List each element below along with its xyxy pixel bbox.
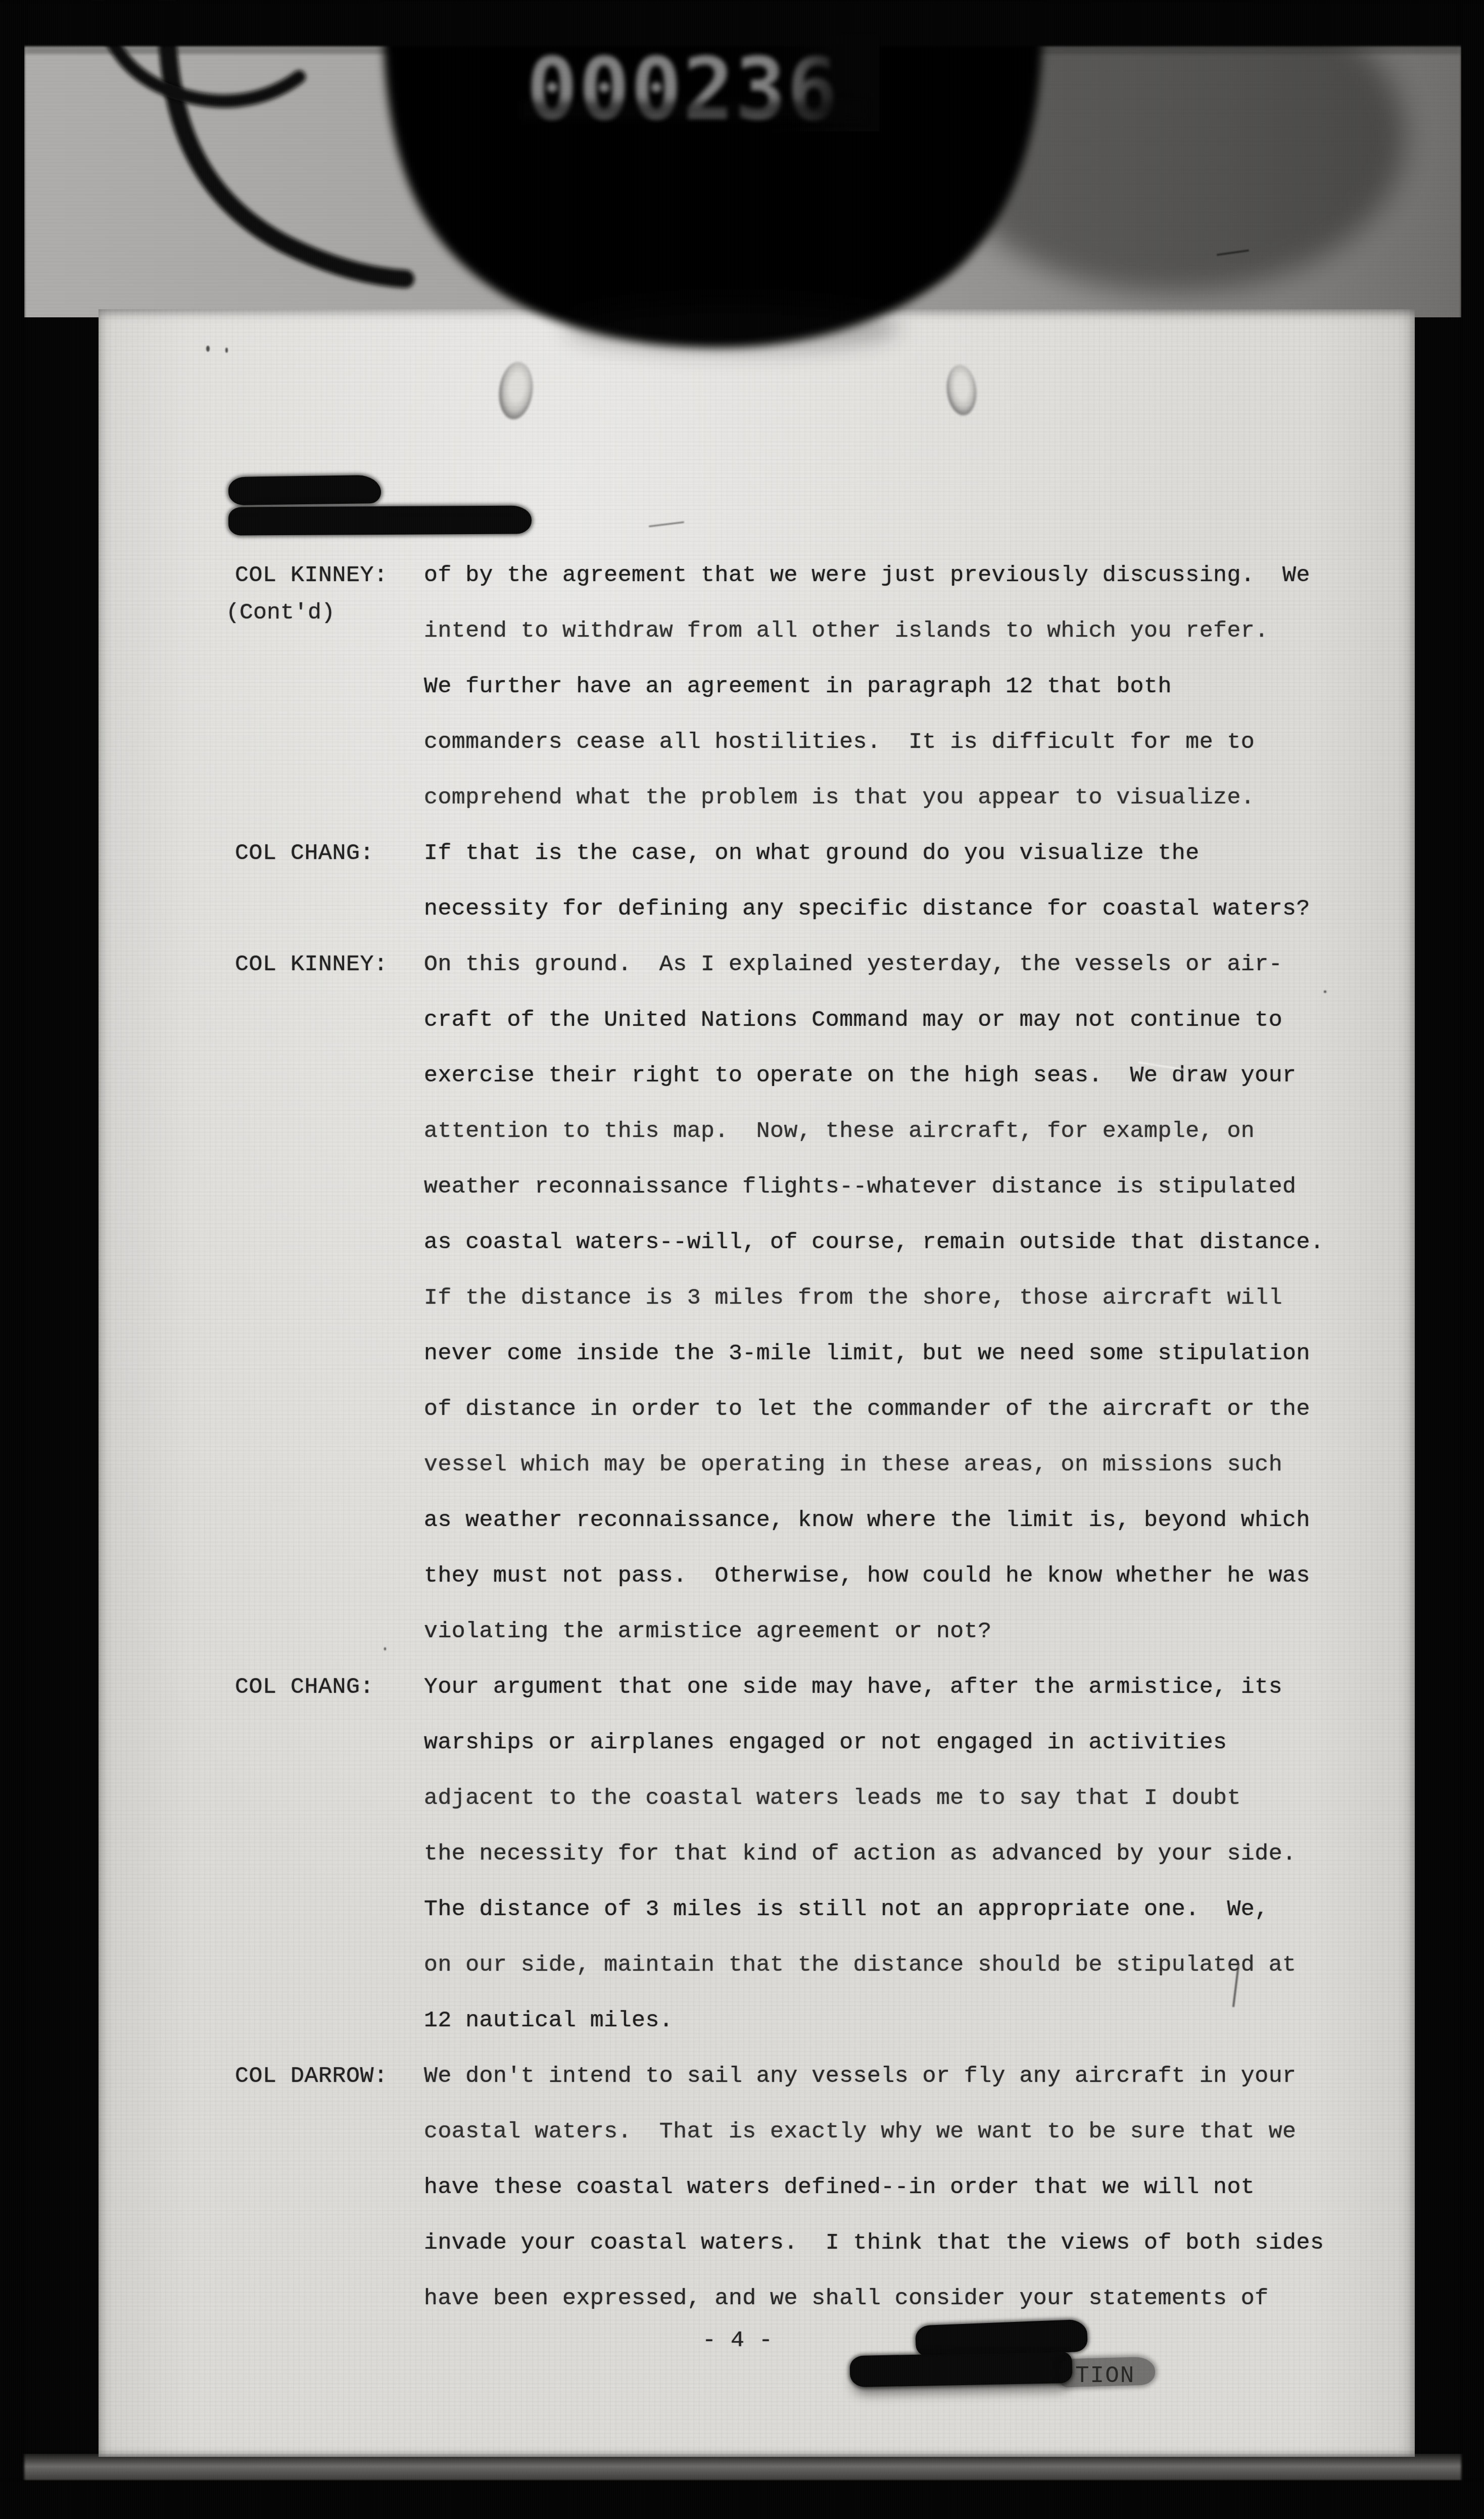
blob-smudge — [566, 301, 899, 352]
transcript-line: If the distance is 3 miles from the shor… — [235, 1270, 1367, 1325]
line-text: of by the agreement that we were just pr… — [424, 562, 1310, 588]
speaker-label: COL CHANG: — [235, 1674, 374, 1700]
line-text: We further have an agreement in paragrap… — [424, 674, 1172, 699]
paper-bottom-shadow — [20, 2454, 1465, 2481]
transcript-line: exercise their right to operate on the h… — [235, 1048, 1367, 1103]
transcript-line: COL DARROW: We don't intend to sail any … — [235, 2048, 1367, 2104]
film-border-left — [0, 0, 24, 2519]
line-text: invade your coastal waters. I think that… — [424, 2230, 1324, 2256]
speaker-label: COL KINNEY: — [235, 562, 388, 588]
line-text: 12 nautical miles. — [424, 2008, 673, 2033]
line-text: violating the armistice agreement or not… — [424, 1619, 992, 1644]
transcript-line: warships or airplanes engaged or not eng… — [235, 1715, 1367, 1770]
transcript-line: as weather reconnaissance, know where th… — [235, 1492, 1367, 1548]
transcript-line: have been expressed, and we shall consid… — [235, 2270, 1367, 2326]
line-text: On this ground. As I explained yesterday… — [424, 952, 1282, 977]
counter-band-overlay — [520, 101, 864, 119]
redaction-bar-top-1 — [228, 475, 381, 505]
line-text: warships or airplanes engaged or not eng… — [424, 1730, 1227, 1755]
line-text: We don't intend to sail any vessels or f… — [424, 2063, 1296, 2089]
speaker-label: COL CHANG: — [235, 840, 374, 866]
line-text: necessity for defining any specific dist… — [424, 896, 1310, 922]
transcript: COL KINNEY: (Cont'd) of by the agreement… — [235, 547, 1367, 2326]
transcript-line: COL KINNEY: On this ground. As I explain… — [235, 936, 1367, 992]
transcript-line: of distance in order to let the commande… — [235, 1381, 1367, 1437]
transcript-line: they must not pass. Otherwise, how could… — [235, 1548, 1367, 1603]
transcript-line: never come inside the 3-mile limit, but … — [235, 1325, 1367, 1381]
speaker-column: COL KINNEY: (Cont'd) — [235, 562, 424, 588]
line-text: Your argument that one side may have, af… — [424, 1674, 1282, 1700]
film-speck — [384, 1647, 386, 1650]
transcript-line: 12 nautical miles. — [235, 1992, 1367, 2048]
line-text: If the distance is 3 miles from the shor… — [424, 1285, 1282, 1311]
line-text: they must not pass. Otherwise, how could… — [424, 1563, 1310, 1589]
line-text: craft of the United Nations Command may … — [424, 1007, 1282, 1033]
line-text: as weather reconnaissance, know where th… — [424, 1507, 1310, 1533]
line-text: as coastal waters--will, of course, rema… — [424, 1229, 1324, 1255]
film-speck — [225, 348, 228, 353]
transcript-line: attention to this map. Now, these aircra… — [235, 1103, 1367, 1159]
line-text: attention to this map. Now, these aircra… — [424, 1118, 1255, 1144]
transcript-line: The distance of 3 miles is still not an … — [235, 1881, 1367, 1937]
speaker-label: COL DARROW: — [235, 2063, 388, 2089]
microfilm-frame: 000236 TION COL KINNEY: (Cont'd) of by t… — [0, 0, 1484, 2519]
transcript-line: necessity for defining any specific dist… — [235, 881, 1367, 936]
transcript-line: on our side, maintain that the distance … — [235, 1937, 1367, 1992]
line-text: intend to withdraw from all other island… — [424, 618, 1269, 644]
line-text: have these coastal waters defined--in or… — [424, 2174, 1255, 2200]
transcript-line: coastal waters. That is exactly why we w… — [235, 2104, 1367, 2159]
transcript-line: comprehend what the problem is that you … — [235, 770, 1367, 825]
redaction-bar-bottom-2 — [849, 2352, 1072, 2387]
transcript-line: violating the armistice agreement or not… — [235, 1603, 1367, 1659]
film-speck — [1324, 990, 1326, 993]
speaker-column: COL CHANG: — [235, 1674, 424, 1700]
line-text: on our side, maintain that the distance … — [424, 1952, 1296, 1978]
speaker-column: COL CHANG: — [235, 840, 424, 866]
transcript-line: invade your coastal waters. I think that… — [235, 2215, 1367, 2270]
line-text: The distance of 3 miles is still not an … — [424, 1896, 1269, 1922]
transcript-line: intend to withdraw from all other island… — [235, 603, 1367, 658]
line-text: If that is the case, on what ground do y… — [424, 840, 1200, 866]
line-text: coastal waters. That is exactly why we w… — [424, 2119, 1296, 2145]
line-text: vessel which may be operating in these a… — [424, 1452, 1282, 1478]
transcript-line: adjacent to the coastal waters leads me … — [235, 1770, 1367, 1826]
speaker-column: COL KINNEY: — [235, 952, 424, 977]
transcript-line: weather reconnaissance flights--whatever… — [235, 1159, 1367, 1214]
page-number: - 4 - — [702, 2327, 773, 2353]
speaker-column: COL DARROW: — [235, 2063, 424, 2089]
transcript-line: the necessity for that kind of action as… — [235, 1826, 1367, 1881]
film-speck — [206, 346, 210, 352]
transcript-line: COL CHANG: If that is the case, on what … — [235, 825, 1367, 881]
transcript-line: We further have an agreement in paragrap… — [235, 658, 1367, 714]
line-text: never come inside the 3-mile limit, but … — [424, 1341, 1310, 1366]
line-text: have been expressed, and we shall consid… — [424, 2286, 1269, 2311]
line-text: the necessity for that kind of action as… — [424, 1841, 1296, 1867]
redaction-bar-top-2 — [228, 505, 532, 535]
line-text: weather reconnaissance flights--whatever… — [424, 1174, 1296, 1200]
speaker-label: COL KINNEY: — [235, 952, 388, 977]
film-border-bottom — [0, 2480, 1484, 2519]
transcript-line: COL KINNEY: (Cont'd) of by the agreement… — [235, 547, 1367, 603]
transcript-line: COL CHANG: Your argument that one side m… — [235, 1659, 1367, 1715]
line-text: adjacent to the coastal waters leads me … — [424, 1785, 1241, 1811]
film-border-right — [1461, 0, 1484, 2519]
transcript-line: commanders cease all hostilities. It is … — [235, 714, 1367, 770]
line-text: of distance in order to let the commande… — [424, 1396, 1310, 1422]
line-text: commanders cease all hostilities. It is … — [424, 729, 1255, 755]
transcript-line: craft of the United Nations Command may … — [235, 992, 1367, 1048]
redaction-smear — [1059, 2356, 1155, 2387]
line-text: comprehend what the problem is that you … — [424, 785, 1255, 811]
transcript-line: vessel which may be operating in these a… — [235, 1437, 1367, 1492]
transcript-line: as coastal waters--will, of course, rema… — [235, 1214, 1367, 1270]
transcript-line: have these coastal waters defined--in or… — [235, 2159, 1367, 2215]
